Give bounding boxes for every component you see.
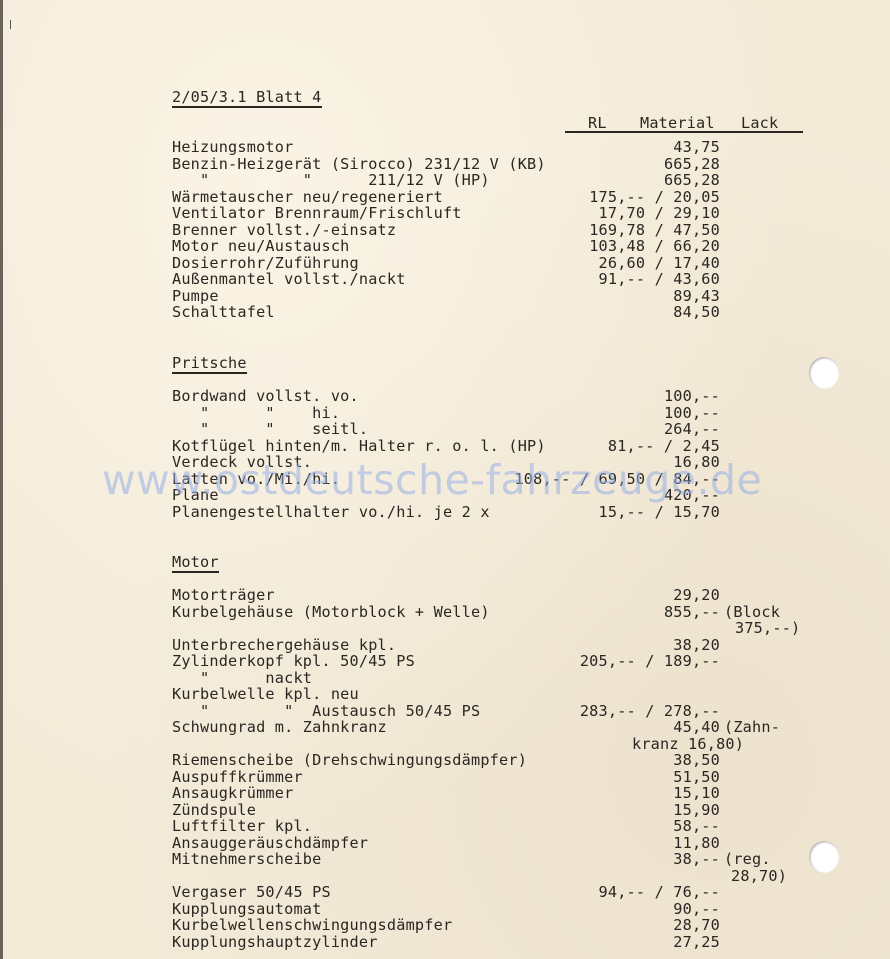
item-note: 28,70) [731, 868, 787, 884]
item-name: Riemenscheibe (Drehschwingungsdämpfer) [172, 752, 527, 768]
item-price: 175,-- / 20,05 [589, 189, 720, 205]
item-price: 26,60 / 17,40 [599, 255, 720, 271]
item-price: 17,70 / 29,10 [599, 205, 720, 221]
item-price: 15,90 [673, 802, 720, 818]
punch-hole [809, 357, 839, 389]
item-price: 45,40 [673, 719, 720, 735]
item-name: Ansaugkrümmer [172, 785, 293, 801]
item-price: 38,20 [673, 637, 720, 653]
item-price: 81,-- / 2,45 [608, 438, 720, 454]
item-name: " " seitl. [172, 421, 368, 437]
item-price: 665,28 [664, 156, 720, 172]
item-name: Kurbelwelle kpl. neu [172, 686, 359, 702]
margin-mark [10, 20, 11, 29]
item-name: Unterbrechergehäuse kpl. [172, 637, 396, 653]
item-name: Wärmetauscher neu/regeneriert [172, 189, 443, 205]
item-name: Ventilator Brennraum/Frischluft [172, 205, 462, 221]
item-name: Außenmantel vollst./nackt [172, 271, 406, 287]
item-price: 100,-- [664, 388, 720, 404]
item-name: " " Austausch 50/45 PS [172, 703, 480, 719]
item-name: Schwungrad m. Zahnkranz [172, 719, 387, 735]
item-note: kranz 16,80) [632, 736, 744, 752]
item-price: 90,-- [673, 901, 720, 917]
item-name: Brenner vollst./-einsatz [172, 222, 396, 238]
item-price: 58,-- [673, 818, 720, 834]
item-name: Kupplungshauptzylinder [172, 934, 378, 950]
item-price: 100,-- [664, 405, 720, 421]
item-name: Planengestellhalter vo./hi. je 2 x [172, 504, 490, 520]
item-name: Benzin-Heizgerät (Sirocco) 231/12 V (KB) [172, 156, 546, 172]
item-price: 29,20 [673, 587, 720, 603]
item-name: Auspuffkrümmer [172, 769, 303, 785]
section-title-motor: Motor [172, 554, 219, 573]
watermark: www.ostdeutsche-fahrzeuge.de [102, 456, 762, 504]
punch-hole [809, 841, 839, 873]
item-name: " " 211/12 V (HP) [172, 172, 490, 188]
item-name: Motorträger [172, 587, 275, 603]
item-price: 264,-- [664, 421, 720, 437]
item-price: 84,50 [673, 304, 720, 320]
document-reference: 2/05/3.1 Blatt 4 [172, 89, 322, 108]
column-header-rl: RL [588, 115, 607, 131]
item-price-note: (Block [724, 604, 780, 620]
item-name: Bordwand vollst. vo. [172, 388, 359, 404]
item-price: 38,-- [673, 851, 720, 867]
item-price: 11,80 [673, 835, 720, 851]
item-name: Dosierrohr/Zuführung [172, 255, 359, 271]
item-name: Ansauggeräuschdämpfer [172, 835, 368, 851]
item-note: 375,--) [735, 620, 800, 636]
item-price: 91,-- / 43,60 [599, 271, 720, 287]
item-name: Zylinderkopf kpl. 50/45 PS [172, 653, 415, 669]
item-name: Kurbelwellenschwingungsdämpfer [172, 917, 452, 933]
item-price: 15,-- / 15,70 [599, 504, 720, 520]
item-name: Pumpe [172, 288, 219, 304]
item-name: Luftfilter kpl. [172, 818, 312, 834]
item-price: 169,78 / 47,50 [589, 222, 720, 238]
item-price: 283,-- / 278,-- [580, 703, 720, 719]
section-title-pritsche: Pritsche [172, 355, 247, 374]
item-name: " nackt [172, 670, 312, 686]
item-price-note: (reg. [724, 851, 771, 867]
item-price: 89,43 [673, 288, 720, 304]
item-price: 51,50 [673, 769, 720, 785]
item-name: Mitnehmerscheibe [172, 851, 322, 867]
item-price: 28,70 [673, 917, 720, 933]
item-price: 855,-- [664, 604, 720, 620]
item-price: 205,-- / 189,-- [580, 653, 720, 669]
item-price: 27,25 [673, 934, 720, 950]
item-name: Kurbelgehäuse (Motorblock + Welle) [172, 604, 490, 620]
item-price: 103,48 / 66,20 [589, 238, 720, 254]
column-header-lack: Lack [741, 115, 778, 131]
item-price: 38,50 [673, 752, 720, 768]
item-name: Motor neu/Austausch [172, 238, 350, 254]
item-name: Kupplungsautomat [172, 901, 322, 917]
item-price-note: (Zahn- [724, 719, 780, 735]
item-name: Heizungsmotor [172, 139, 293, 155]
item-name: " " hi. [172, 405, 340, 421]
item-name: Kotflügel hinten/m. Halter r. o. l. (HP) [172, 438, 546, 454]
item-price: 665,28 [664, 172, 720, 188]
header-rule [565, 131, 803, 133]
item-name: Schalttafel [172, 304, 275, 320]
item-price: 94,-- / 76,-- [599, 884, 720, 900]
page-left-edge [0, 0, 3, 959]
column-header-material: Material [640, 115, 715, 131]
item-price: 15,10 [673, 785, 720, 801]
item-price: 43,75 [673, 139, 720, 155]
item-name: Vergaser 50/45 PS [172, 884, 331, 900]
item-name: Zündspule [172, 802, 256, 818]
